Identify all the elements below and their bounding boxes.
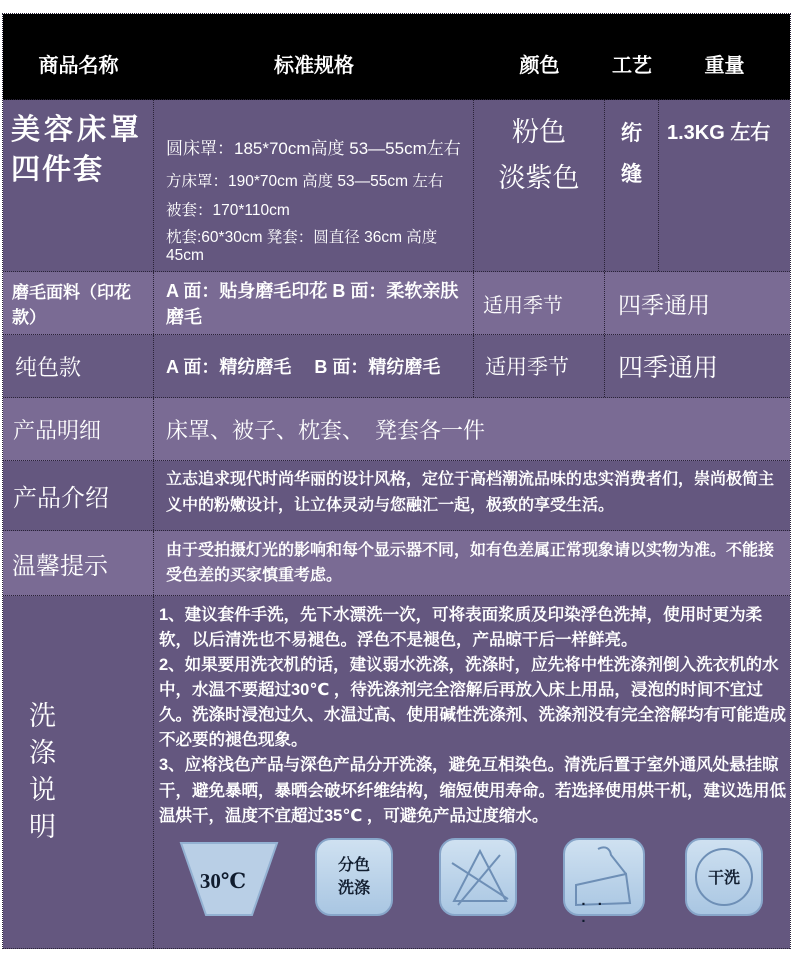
dry-clean-label: 干洗 <box>708 865 740 888</box>
no-bleach-icon <box>439 838 517 916</box>
color-line2: 淡紫色 <box>474 155 604 201</box>
notice-row: 温馨提示 由于受拍摄灯光的影响和每个显示器不同，如有色差属正常现象请以实物为准。… <box>3 531 790 596</box>
fabric-solid-label: 纯色款 <box>3 335 154 397</box>
product-intro-content: 立志追求现代时尚华丽的设计风格，定位于高档潮流品味的忠实消费者们，崇尚极简主义中… <box>154 461 790 530</box>
fabric-print-label: 磨毛面料（印花款） <box>3 272 154 334</box>
product-color-cell: 粉色 淡紫色 <box>474 100 605 271</box>
washing-paragraph-3: 3、应将浅色产品与深色产品分开洗涤，避免互相染色。清洗后置于室外通风处悬挂晾干，… <box>159 753 787 828</box>
fabric-print-row: 磨毛面料（印花款） A 面：贴身磨毛印花 B 面：柔软亲肤磨毛 适用季节 四季通… <box>3 272 790 335</box>
product-spec-sheet: 商品名称 标准规格 颜色 工艺 重量 美容床罩 四件套 圆床罩：185*70cm… <box>0 0 793 980</box>
product-spec-cell: 圆床罩：185*70cm高度 53—55cm左右 方床罩：190*70cm 高度… <box>154 100 474 271</box>
washing-paragraph-1: 1、建议套件手洗，先下水漂洗一次，可将表面浆质及印染浮色洗掉，使用时更为柔软，以… <box>159 603 787 653</box>
spec-line-round-cover: 圆床罩：185*70cm高度 53—55cm左右 <box>166 134 471 159</box>
color-line1: 粉色 <box>474 109 604 155</box>
product-name-line1: 美容床罩 <box>11 110 149 150</box>
iron-icon: . . . <box>563 838 645 916</box>
product-row: 美容床罩 四件套 圆床罩：185*70cm高度 53—55cm左右 方床罩：19… <box>3 100 790 272</box>
fabric-solid-row: 纯色款 A 面：精纺磨毛 B 面：精纺磨毛 适用季节 四季通用 <box>3 335 790 398</box>
washing-row: 洗涤说明 1、建议套件手洗，先下水漂洗一次，可将表面浆质及印染浮色洗掉，使用时更… <box>3 596 790 949</box>
care-icons-row: 30℃ 分色 洗涤 <box>159 838 787 918</box>
dry-clean-icon: 干洗 <box>685 838 763 916</box>
header-col-craft: 工艺 <box>605 14 659 99</box>
product-name-line2: 四件套 <box>11 150 149 190</box>
fabric-solid-desc: A 面：精纺磨毛 B 面：精纺磨毛 <box>154 335 474 397</box>
wash-temp-basin-icon: 30℃ <box>179 838 279 918</box>
washing-content-cell: 1、建议套件手洗，先下水漂洗一次，可将表面浆质及印染浮色洗掉，使用时更为柔软，以… <box>154 596 790 948</box>
fabric-solid-season-value: 四季通用 <box>605 335 790 397</box>
separate-wash-line2: 洗涤 <box>338 877 370 900</box>
product-detail-row: 产品明细 床罩、被子、枕套、 凳套各一件 <box>3 398 790 461</box>
product-intro-row: 产品介绍 立志追求现代时尚华丽的设计风格，定位于高档潮流品味的忠实消费者们，崇尚… <box>3 461 790 531</box>
crossed-triangle <box>442 843 514 911</box>
fabric-print-season-value: 四季通用 <box>605 272 790 334</box>
notice-content: 由于受拍摄灯光的影响和每个显示器不同，如有色差属正常现象请以实物为准。不能接受色… <box>154 531 790 595</box>
header-col-spec: 标准规格 <box>154 14 474 99</box>
spec-line-square-cover: 方床罩：190*70cm 高度 53—55cm 左右 <box>166 169 471 191</box>
iron-dots: . . . <box>581 892 620 926</box>
separate-wash-line1: 分色 <box>338 854 370 877</box>
dry-clean-circle: 干洗 <box>695 848 753 906</box>
separate-wash-text: 分色 洗涤 <box>338 854 370 900</box>
header-col-weight: 重量 <box>659 14 790 99</box>
table-header-row: 商品名称 标准规格 颜色 工艺 重量 <box>3 14 790 100</box>
header-col-product-name: 商品名称 <box>3 14 154 99</box>
product-detail-label: 产品明细 <box>3 398 154 460</box>
product-detail-content: 床罩、被子、枕套、 凳套各一件 <box>154 398 790 460</box>
fabric-solid-season-label: 适用季节 <box>474 335 605 397</box>
spec-line-tolerance: （误差 1~2cm） <box>166 270 471 271</box>
washing-paragraph-2: 2、如果要用洗衣机的话，建议弱水洗涤，洗涤时，应先将中性洗涤剂倒入洗衣机的水中，… <box>159 653 787 753</box>
spec-line-duvet: 被套：170*110cm <box>166 198 471 220</box>
fabric-print-desc: A 面：贴身磨毛印花 B 面：柔软亲肤磨毛 <box>154 272 474 334</box>
spec-table: 商品名称 标准规格 颜色 工艺 重量 美容床罩 四件套 圆床罩：185*70cm… <box>2 13 791 949</box>
notice-label: 温馨提示 <box>3 531 154 595</box>
spec-line-pillow-stool: 枕套:60*30cm 凳套：圆直径 36cm 高度 45cm <box>166 225 471 265</box>
separate-wash-icon: 分色 洗涤 <box>315 838 393 916</box>
product-weight-cell: 1.3KG 左右 <box>659 100 790 271</box>
product-craft-cell: 绗缝 <box>605 100 659 271</box>
wash-temp-label: 30℃ <box>179 868 267 894</box>
product-name-cell: 美容床罩 四件套 <box>3 100 154 271</box>
fabric-print-season-label: 适用季节 <box>474 272 605 334</box>
washing-label: 洗涤说明 <box>29 698 60 847</box>
washing-label-cell: 洗涤说明 <box>3 596 154 948</box>
product-intro-label: 产品介绍 <box>3 461 154 530</box>
header-col-color: 颜色 <box>474 14 605 99</box>
craft-value: 绗缝 <box>619 114 644 271</box>
